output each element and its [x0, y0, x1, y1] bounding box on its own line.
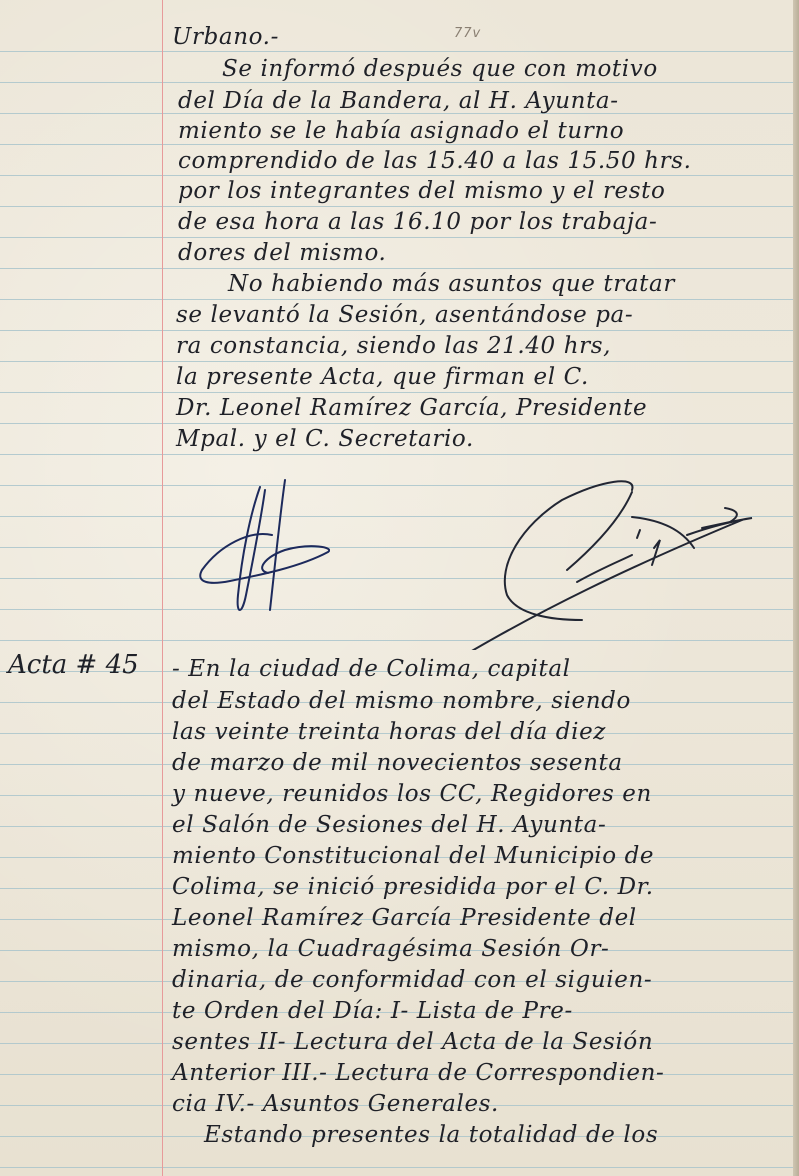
text-line: Se informó después que con motivo [222, 56, 658, 82]
text-line: las veinte treinta horas del día diez [172, 719, 606, 745]
ruled-line [0, 1167, 794, 1168]
text-line: la presente Acta, que firman el C. [176, 364, 589, 390]
signature-secretary [462, 470, 762, 650]
margin-line [162, 0, 163, 1176]
ledger-page: 77v Urbano.- Se informó después que con … [0, 0, 799, 1176]
text-line: y nueve, reunidos los CC, Regidores en [172, 781, 652, 807]
ruled-line [0, 206, 794, 207]
text-line: por los integrantes del mismo y el resto [178, 178, 665, 204]
text-line: del Estado del mismo nombre, siendo [172, 688, 631, 714]
text-line: ra constancia, siendo las 21.40 hrs, [176, 333, 611, 359]
text-line: se levantó la Sesión, asentándose pa- [176, 302, 633, 328]
text-line: del Día de la Bandera, al H. Ayunta- [178, 88, 619, 114]
text-line: sentes II- Lectura del Acta de la Sesión [172, 1029, 653, 1055]
text-line: dores del mismo. [178, 240, 386, 266]
text-line: de marzo de mil novecientos sesenta [172, 750, 623, 776]
ruled-line [0, 330, 794, 331]
text-line: Urbano.- [172, 24, 279, 50]
text-line: Leonel Ramírez García Presidente del [172, 905, 637, 931]
ruled-line [0, 361, 794, 362]
signature-president [190, 475, 330, 625]
text-line: - En la ciudad de Colima, capital [172, 656, 571, 682]
text-line: miento se le había asignado el turno [178, 118, 624, 144]
ruled-line [0, 82, 794, 83]
text-line: miento Constitucional del Municipio de [172, 843, 654, 869]
text-line: No habiendo más asuntos que tratar [228, 271, 675, 297]
text-line: el Salón de Sesiones del H. Ayunta- [172, 812, 606, 838]
text-line: Anterior III.- Lectura de Correspondien- [172, 1060, 664, 1086]
ruled-line [0, 268, 794, 269]
text-line: mismo, la Cuadragésima Sesión Or- [172, 936, 609, 962]
text-line: Estando presentes la totalidad de los [204, 1122, 658, 1148]
text-line: comprendido de las 15.40 a las 15.50 hrs… [178, 148, 692, 174]
text-line: Dr. Leonel Ramírez García, Presidente [176, 395, 647, 421]
text-line: dinaria, de conformidad con el siguien- [172, 967, 652, 993]
text-line: Mpal. y el C. Secretario. [176, 426, 474, 452]
ruled-line [0, 175, 794, 176]
text-line: Colima, se inició presidida por el C. Dr… [172, 874, 654, 900]
ruled-line [0, 237, 794, 238]
text-line: cia IV.- Asuntos Generales. [172, 1091, 499, 1117]
ruled-line [0, 144, 794, 145]
ruled-line [0, 423, 794, 424]
text-line: de esa hora a las 16.10 por los trabaja- [178, 209, 657, 235]
page-edge [793, 0, 799, 1176]
acta-number-margin-note: Acta # 45 [8, 650, 139, 680]
text-line: te Orden del Día: I- Lista de Pre- [172, 998, 573, 1024]
page-number: 77v [454, 26, 481, 41]
ruled-line [0, 51, 794, 52]
ruled-line [0, 454, 794, 455]
ruled-line [0, 392, 794, 393]
ruled-line [0, 299, 794, 300]
